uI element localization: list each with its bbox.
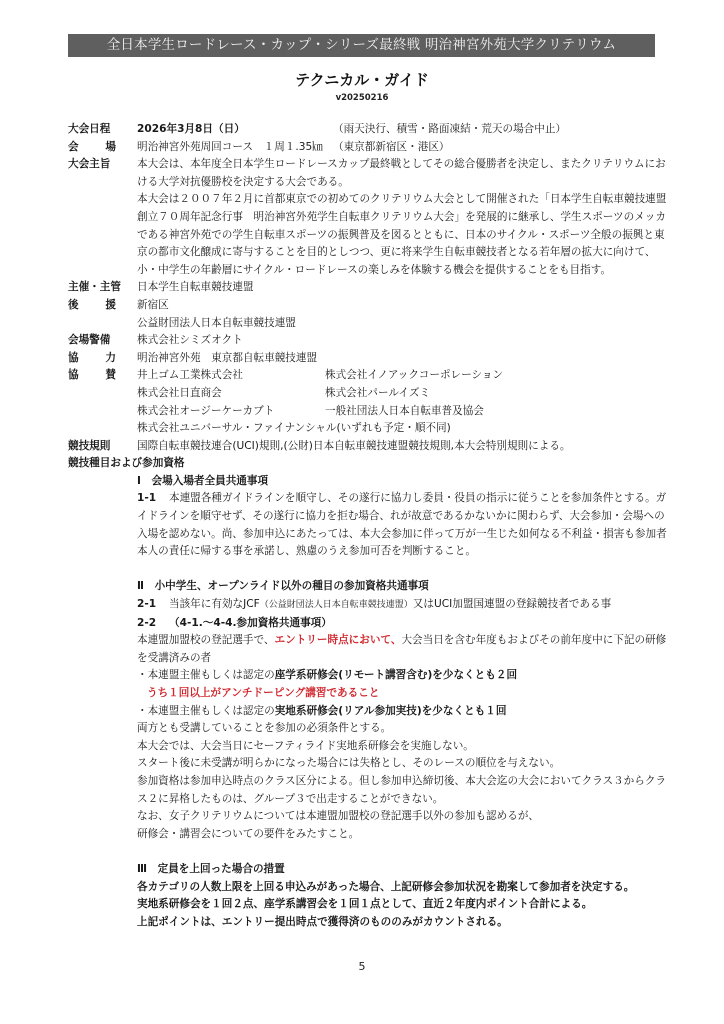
section-3: Ⅲ 定員を上回った場合の措置 各カテゴリの人数上限を上回る申込みがあった場合、上… xyxy=(137,861,668,931)
item-2-1: 2-1当該年に有効なJCF（公益財団法人日本自転車競技連盟）又はUCI加盟国連盟… xyxy=(137,596,668,615)
date-note: （雨天決行、積雪・路面凍結・荒天の場合中止） xyxy=(333,121,566,139)
support-item: 公益財団法人日本自転車競技連盟 xyxy=(137,315,668,333)
line: 各カテゴリの人数上限を上回る申込みがあった場合、上記研修会参加状況を勘案して参加… xyxy=(137,879,668,897)
label: 大会主旨 xyxy=(68,156,137,279)
line: なお、女子クリテリウムについては本連盟加盟校の登記選手以外の参加も認めるが、 xyxy=(137,808,668,826)
label-char: 援 xyxy=(105,297,116,332)
subsection-heading: Ⅱ 小中学生、オープンライド以外の種目の参加資格共通事項 xyxy=(137,578,668,596)
text: 本連盟加盟校の登記選手で、 xyxy=(137,634,275,646)
text: ・本連盟主催もしくは認定の xyxy=(137,705,275,717)
section-2: Ⅱ 小中学生、オープンライド以外の種目の参加資格共通事項 2-1当該年に有効なJ… xyxy=(137,578,668,843)
subsection-heading: Ⅲ 定員を上回った場合の措置 xyxy=(137,861,668,879)
sponsor-item: 株式会社イノアックコーポレーション xyxy=(325,367,668,385)
info-purpose: 大会主旨 本大会は、本年度全日本学生ロードレースカップ最終戦としてその総合優勝者… xyxy=(68,156,668,279)
item-text: 本連盟各種ガイドラインを順守し、その遂行に協力し委員・役員の指示に従うことを参加… xyxy=(137,492,667,557)
rules-value: 国際自転車競技連合(UCI)規則,(公財)日本自転車競技連盟競技規則,本大会特別… xyxy=(137,438,668,456)
item-number: 1-1 xyxy=(137,490,169,508)
label-char: 賛 xyxy=(105,367,116,437)
sponsor-item: 株式会社ユニバーサル・ファイナンシャル(いずれも予定・順不同) xyxy=(137,420,668,438)
info-rules: 競技規則 国際自転車競技連合(UCI)規則,(公財)日本自転車競技連盟競技規則,… xyxy=(68,438,668,456)
venue-note: （東京都新宿区・港区） xyxy=(333,139,450,157)
bold-text: 実地系研修会(リアル参加実技)を少なくとも１回 xyxy=(275,705,507,717)
label: 大会日程 xyxy=(68,121,137,139)
label: 会場警備 xyxy=(68,332,137,350)
bullet-seminar: ・本連盟主催もしくは認定の座学系研修会(リモート講習含む)を少なくとも２回 xyxy=(137,667,668,685)
sponsor-item: 井上ゴム工業株式会社 xyxy=(137,367,325,385)
sponsor-item: 株式会社オージーケーカブト xyxy=(137,403,325,421)
support-item: 新宿区 xyxy=(137,297,668,315)
text: ・本連盟主催もしくは認定の xyxy=(137,669,275,681)
info-sponsors: 協賛 井上ゴム工業株式会社 株式会社イノアックコーポレーション 株式会社日直商会… xyxy=(68,367,668,437)
label: 競技規則 xyxy=(68,438,137,456)
label: 主催・主管 xyxy=(68,279,137,297)
info-cooperation: 協力 明治神宮外苑 東京都自転車競技連盟 xyxy=(68,350,668,368)
label-char: 力 xyxy=(105,350,116,368)
info-organizer: 主催・主管 日本学生自転車競技連盟 xyxy=(68,279,668,297)
highlight-text: エントリー時点において、 xyxy=(275,634,402,646)
label-char: 協 xyxy=(68,367,79,437)
subsection-heading: Ⅰ 会場入場者全員共通事項 xyxy=(137,473,668,491)
organizer-value: 日本学生自転車競技連盟 xyxy=(137,279,668,297)
content: 大会日程 2026年3月8日（日） （雨天決行、積雪・路面凍結・荒天の場合中止）… xyxy=(68,121,668,931)
label-char: 会 xyxy=(68,139,79,157)
label-char: 後 xyxy=(68,297,79,332)
line: 上記ポイントは、エントリー提出時点で獲得済のもののみがカウントされる。 xyxy=(137,914,668,932)
cooperation-value: 明治神宮外苑 東京都自転車競技連盟 xyxy=(137,350,668,368)
page-title: テクニカル・ガイド xyxy=(0,69,724,90)
version-label: v20250216 xyxy=(0,93,724,103)
label-char: 協 xyxy=(68,350,79,368)
purpose-paragraph-2: 本大会は２００７年２月に首都東京での初めてのクリテリウム大会として開催された「日… xyxy=(137,191,668,279)
bullet-practical: ・本連盟主催もしくは認定の実地系研修会(リアル参加実技)を少なくとも１回 xyxy=(137,703,668,721)
line: 参加資格は参加申込時点のクラス区分による。但し参加申込締切後、本大会迄の大会にお… xyxy=(137,773,668,808)
item-text: 当該年に有効なJCF xyxy=(169,598,260,610)
item-1-1: 1-1本連盟各種ガイドラインを順守し、その遂行に協力し委員・役員の指示に従うこと… xyxy=(137,490,668,560)
date-value: 2026年3月8日（日） xyxy=(137,121,333,139)
info-security: 会場警備 株式会社シミズオクト xyxy=(68,332,668,350)
section-heading: 競技種目および参加資格 xyxy=(68,455,668,473)
purpose-paragraph-1: 本大会は、本年度全日本学生ロードレースカップ最終戦としてその総合優勝者を決定し、… xyxy=(137,156,668,191)
line: 実地系研修会を１回２点、座学系講習会を１回１点として、直近２年度内ポイント合計に… xyxy=(137,896,668,914)
sponsor-item: 株式会社パールイズミ xyxy=(325,385,668,403)
item-text: （4-1.～4-4.参加資格共通事項） xyxy=(169,617,332,629)
document-page: 全日本学生ロードレース・カップ・シリーズ最終戦 明治神宮外苑大学クリテリウム テ… xyxy=(0,0,724,1024)
item-text: 又はUCI加盟国連盟の登録競技者である事 xyxy=(413,598,611,610)
page-number: 5 xyxy=(0,960,724,973)
line: 両方とも受講していることを参加の必須条件とする。 xyxy=(137,720,668,738)
venue-value: 明治神宮外苑周回コース １周１.35㎞ xyxy=(137,139,333,157)
section-1: Ⅰ 会場入場者全員共通事項 1-1本連盟各種ガイドラインを順守し、その遂行に協力… xyxy=(137,473,668,561)
bold-text: 座学系研修会(リモート講習含む)を少なくとも２回 xyxy=(275,669,517,681)
item-2-2: 2-2（4-1.～4-4.参加資格共通事項） xyxy=(137,615,668,633)
item-number: 2-2 xyxy=(137,615,169,633)
security-value: 株式会社シミズオクト xyxy=(137,332,668,350)
info-support: 後援 新宿区 公益財団法人日本自転車競技連盟 xyxy=(68,297,668,332)
eligibility-paragraph: 本連盟加盟校の登記選手で、エントリー時点において、大会当日を含む年度もおよびその… xyxy=(137,632,668,667)
info-date: 大会日程 2026年3月8日（日） （雨天決行、積雪・路面凍結・荒天の場合中止） xyxy=(68,121,668,139)
line: 本大会では、大会当日にセーフティライド実地系研修会を実施しない。 xyxy=(137,738,668,756)
sponsor-item: 一般社団法人日本自転車普及協会 xyxy=(325,403,668,421)
line: 研修会・講習会についての要件をみたすこと。 xyxy=(137,826,668,844)
label-char: 場 xyxy=(105,139,116,157)
info-venue: 会場 明治神宮外苑周回コース １周１.35㎞ （東京都新宿区・港区） xyxy=(68,139,668,157)
line: スタート後に未受講が明らかになった場合には失格とし、そのレースの順位を与えない。 xyxy=(137,755,668,773)
antidoping-note: うち１回以上がアンチドーピング講習であること xyxy=(137,685,668,703)
event-banner: 全日本学生ロードレース・カップ・シリーズ最終戦 明治神宮外苑大学クリテリウム xyxy=(68,34,655,57)
item-text: （公益財団法人日本自転車競技連盟） xyxy=(260,600,413,610)
item-number: 2-1 xyxy=(137,596,169,614)
sponsor-item: 株式会社日直商会 xyxy=(137,385,325,403)
